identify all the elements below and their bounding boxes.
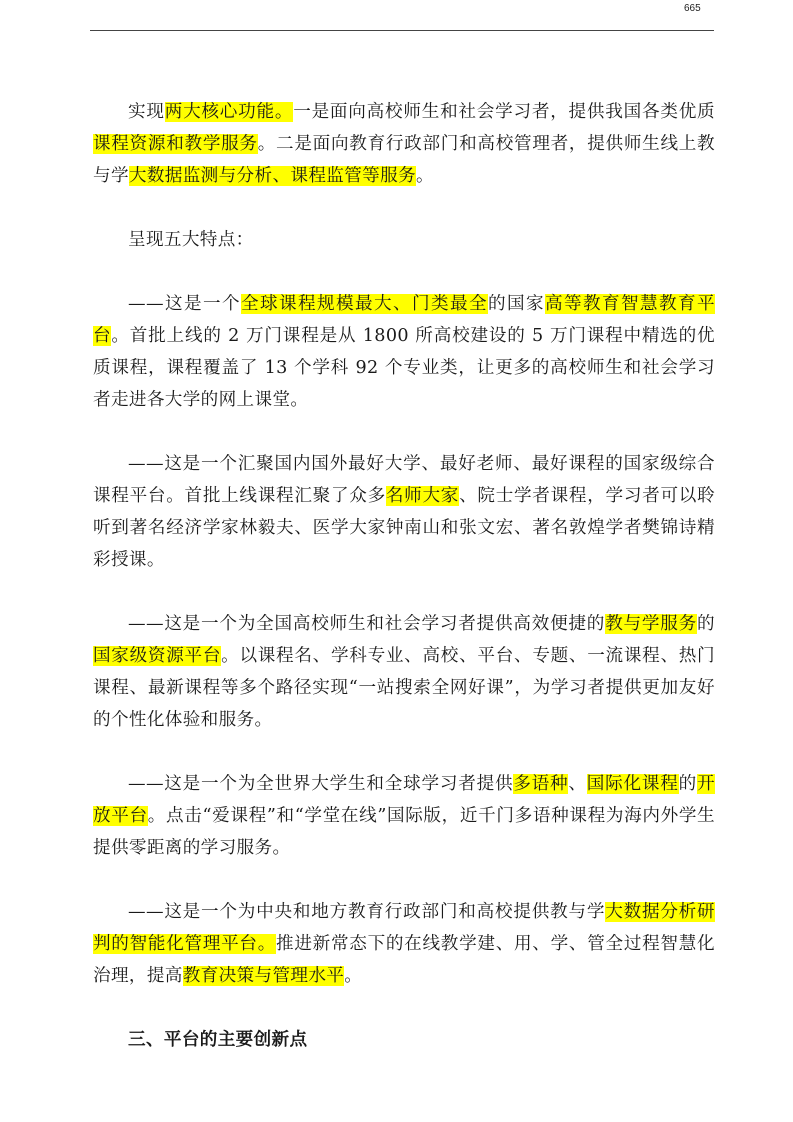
paragraph-text: 。 <box>344 966 362 986</box>
highlighted-text: 大数据监测与分析、课程监管等服务 <box>129 166 416 186</box>
paragraph-feature-3: ——这是一个为全国高校师生和社会学习者提供高效便捷的教与学服务的国家级资源平台。… <box>93 608 715 736</box>
paragraph-feature-5: ——这是一个为中央和地方教育行政部门和高校提供教与学大数据分析研判的智能化管理平… <box>93 896 715 992</box>
paragraph-text: 的国家 <box>488 294 545 314</box>
paragraph-two-core-functions: 实现两大核心功能。一是面向高校师生和社会学习者，提供我国各类优质课程资源和教学服… <box>93 96 715 192</box>
page-number: 665 <box>684 3 701 14</box>
paragraph-text: 实现 <box>128 102 165 122</box>
paragraph-text: 。首批上线的 2 万门课程是从 1800 所高校建设的 5 万门课程中精选的优质… <box>93 326 715 410</box>
paragraph-feature-4: ——这是一个为全世界大学生和全球学习者提供多语种、国际化课程的开放平台。点击“爱… <box>93 768 715 864</box>
paragraph-feature-2: ——这是一个汇聚国内国外最好大学、最好老师、最好课程的国家级综合课程平台。首批上… <box>93 448 715 576</box>
highlighted-text: 国家级资源平台 <box>93 646 221 666</box>
paragraph-text: ——这是一个为全国高校师生和社会学习者提供高效便捷的 <box>128 614 605 634</box>
paragraph-text: 。点击“爱课程”和“学堂在线”国际版，近千门多语种课程为海内外学生提供零距离的学… <box>93 806 715 858</box>
highlighted-text: 两大核心功能。 <box>165 102 294 122</box>
section-heading: 三、平台的主要创新点 <box>93 1024 715 1056</box>
document-body: 实现两大核心功能。一是面向高校师生和社会学习者，提供我国各类优质课程资源和教学服… <box>93 96 715 1056</box>
paragraph-text: 、 <box>568 774 586 794</box>
highlighted-text: 课程资源和教学服务 <box>93 134 258 154</box>
paragraph-text: ——这是一个为全世界大学生和全球学习者提供 <box>128 774 513 794</box>
highlighted-text: 教与学服务 <box>605 614 697 634</box>
header-rule <box>90 30 714 31</box>
paragraph-text: 的 <box>697 614 715 634</box>
paragraph-text: 。 <box>416 166 434 186</box>
paragraph-text: ——这是一个 <box>128 294 241 314</box>
highlighted-text: 国际化课程 <box>587 774 679 794</box>
highlighted-text: 全球课程规模最大、门类最全 <box>241 294 488 314</box>
paragraph-feature-1: ——这是一个全球课程规模最大、门类最全的国家高等教育智慧教育平台。首批上线的 2… <box>93 288 715 416</box>
highlighted-text: 多语种 <box>513 774 568 794</box>
highlighted-text: 教育决策与管理水平 <box>183 966 345 986</box>
paragraph-text: 的 <box>679 774 697 794</box>
paragraph-text: 呈现五大特点： <box>128 230 254 250</box>
paragraph-text: 一是面向高校师生和社会学习者，提供我国各类优质 <box>293 102 715 122</box>
paragraph-five-features-intro: 呈现五大特点： <box>93 224 715 256</box>
paragraph-text: ——这是一个为中央和地方教育行政部门和高校提供教与学 <box>128 902 605 922</box>
highlighted-text: 名师大家 <box>386 486 459 506</box>
